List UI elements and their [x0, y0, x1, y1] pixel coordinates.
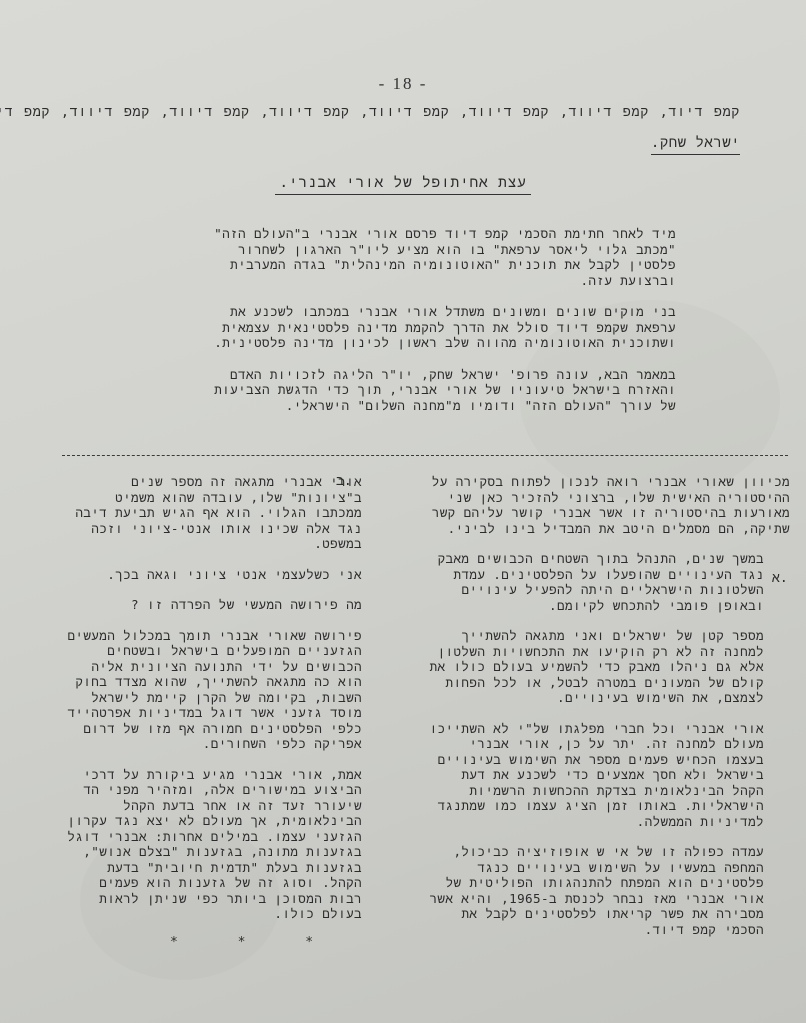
body-paragraph: פירושה שאורי אבנרי תומך במכלול המעשים הג…	[62, 628, 362, 752]
right-column: מכיוון שאורי אבנרי רואה לנכון לפתוח בסקי…	[424, 474, 790, 952]
body-paragraph: במשך שנים, התנהל בתוך השטחים הכבושים מאב…	[424, 551, 764, 613]
intro-block: מיד לאחר חתימת הסכמי קמפ דיוד פרסם אורי …	[200, 226, 676, 429]
section-marker-a: א.	[772, 571, 788, 586]
section-separator-stars: * * *	[170, 935, 339, 950]
body-paragraph: אורי אבנרי מתגאה זה מספר שנים ב"ציונות" …	[62, 474, 362, 552]
author-name: ישראל שחק.	[651, 135, 740, 155]
section-a: במשך שנים, התנהל בתוך השטחים הכבושים מאב…	[424, 551, 790, 937]
body-paragraph: אמת, אורי אבנרי מגיע ביקורת על דרכי הביצ…	[62, 767, 362, 922]
left-column: אורי אבנרי מתגאה זה מספר שנים ב"ציונות" …	[62, 474, 362, 937]
document-page: - 18 - קמפ דיוד, קמפ דיווד, קמפ דיווד, ק…	[0, 0, 806, 1023]
intro-paragraph: בני מוקים שונים ומשונים משתדל אורי אבנרי…	[200, 304, 676, 351]
section-divider	[62, 455, 788, 456]
body-paragraph: מספר קטן של ישראלים ואני מתגאה להשתייך ל…	[424, 628, 764, 706]
body-paragraph: אני כשלעצמי אנטי ציוני וגאה בכך.	[62, 567, 362, 583]
page-number: - 18 -	[0, 74, 806, 94]
intro-paragraph: במאמר הבא, עונה פרופ' ישראל שחק, יו"ר הל…	[200, 367, 676, 414]
intro-paragraph: מיד לאחר חתימת הסכמי קמפ דיוד פרסם אורי …	[200, 226, 676, 288]
running-header: קמפ דיוד, קמפ דיווד, קמפ דיווד, קמפ דיוו…	[66, 104, 740, 121]
opening-paragraph: מכיוון שאורי אבנרי רואה לנכון לפתוח בסקי…	[424, 474, 790, 536]
body-paragraph: מה פירושה המעשי של הפרדה זו ?	[62, 597, 362, 613]
body-paragraph: אורי אבנרי וכל חברי מפלגתו של"י לא השתיי…	[424, 721, 764, 830]
section-marker-b: ב.	[336, 474, 352, 489]
article-title: עצת אחיתופל של אורי אבנרי.	[0, 172, 806, 195]
body-paragraph: עמדה כפולה זו של אי ש אופוזיציה כביכול, …	[424, 844, 764, 937]
section-b: אורי אבנרי מתגאה זה מספר שנים ב"ציונות" …	[62, 474, 362, 922]
article-title-text: עצת אחיתופל של אורי אבנרי.	[275, 175, 530, 195]
